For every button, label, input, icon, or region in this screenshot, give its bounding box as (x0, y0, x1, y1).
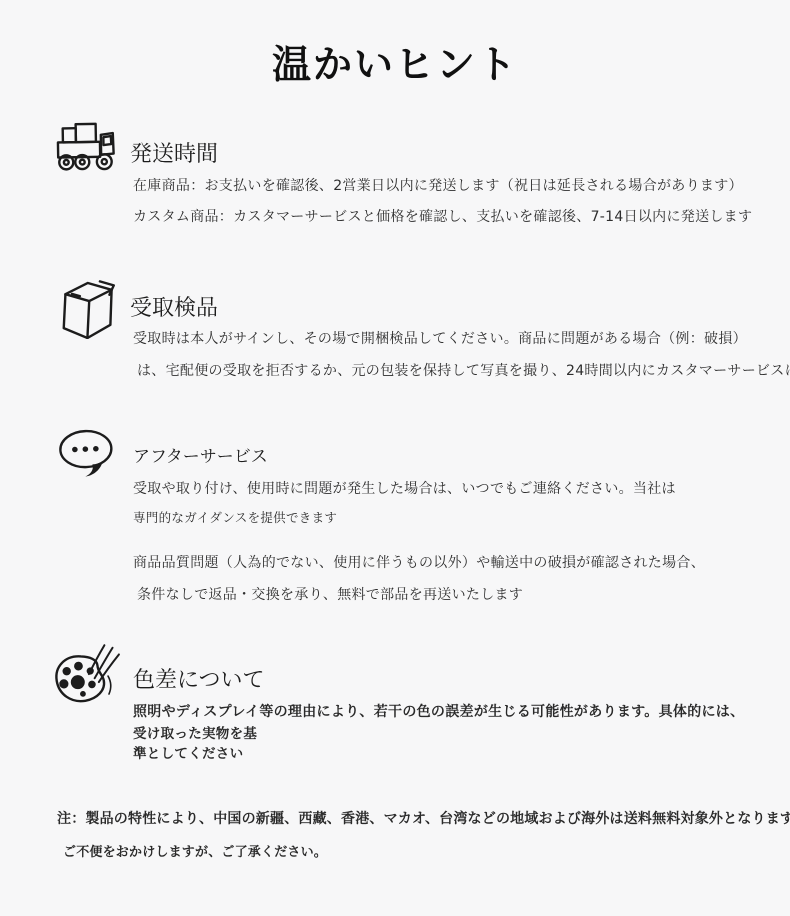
color-difference-heading: 色差について (133, 663, 265, 694)
shipping-line-1: 在庫商品：お支払いを確認後、2営業日以内に発送します（祝日は延長される場合があり… (133, 175, 743, 195)
shipping-line-2: カスタム商品：カスタマーサービスと価格を確認し、支払いを確認後、7-14日以内に… (133, 206, 752, 226)
speech-bubble-icon (57, 428, 121, 478)
after-service-line-3: 商品品質問題（人為的でない、使用に伴うもの以外）や輸送中の破損が確認された場合、 (133, 552, 705, 572)
inspection-line-2: は、宅配便の受取を拒否するか、元の包装を保持して写真を撮り、24時間以内にカスタ… (137, 360, 790, 380)
after-service-line-4: 条件なしで返品・交換を承り、無料で部品を再送いたします (137, 584, 523, 604)
inspection-line-1: 受取時は本人がサインし、その場で開梱検品してください。商品に問題がある場合（例：… (133, 328, 747, 348)
color-difference-line-2: 受け取った実物を基 (133, 722, 257, 742)
shipping-heading: 発送時間 (130, 137, 218, 168)
color-difference-line-3: 準としてください (133, 742, 243, 762)
page-title: 温かいヒント (0, 34, 790, 90)
palette-icon (50, 643, 130, 709)
after-service-heading: アフターサービス (133, 442, 268, 467)
footer-note-2: ご不便をおかけしますが、ご了承ください。 (63, 841, 327, 860)
warm-tips-panel: 温かいヒント 発送時間 在庫商品：お支払いを (0, 0, 790, 916)
footer-note-1: 注：製品の特性により、中国の新疆、西藏、香港、マカオ、台湾などの地域および海外は… (57, 808, 790, 828)
truck-icon (55, 120, 119, 172)
box-icon (58, 275, 118, 339)
after-service-line-1: 受取や取り付け、使用時に問題が発生した場合は、いつでもご連絡ください。当社は (133, 478, 676, 498)
after-service-line-2: 専門的なガイダンスを提供できます (133, 508, 337, 526)
color-difference-line-1: 照明やディスプレイ等の理由により、若干の色の誤差が生じる可能性があります。具体的… (133, 701, 744, 721)
inspection-heading: 受取検品 (130, 291, 218, 322)
